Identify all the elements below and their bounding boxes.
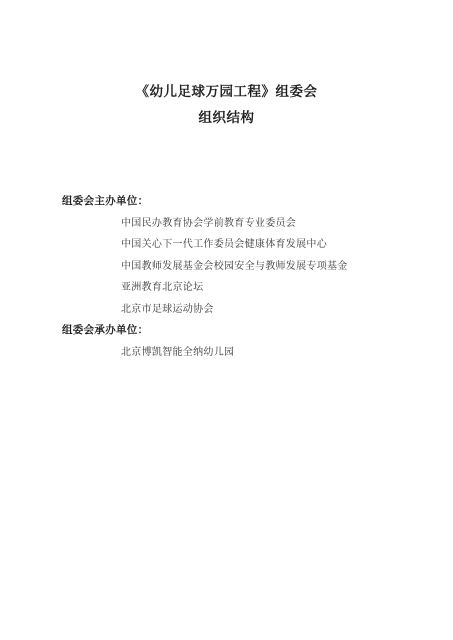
list-item: 中国民办教育协会学前教育专业委员会	[62, 213, 391, 235]
list-item: 亚洲教育北京论坛	[62, 277, 391, 299]
undertaking-organizers-heading: 组委会承办单位：	[62, 320, 391, 342]
document-title-line-2: 组织结构	[62, 105, 391, 131]
list-item: 北京博凯智能全纳幼儿园	[62, 342, 391, 364]
document-title-line-1: 《幼儿足球万园工程》组委会	[62, 79, 391, 105]
undertaking-organizers-list: 北京博凯智能全纳幼儿园	[62, 342, 391, 364]
section-host-organizers: 组委会主办单位： 中国民办教育协会学前教育专业委员会 中国关心下一代工作委员会健…	[62, 191, 391, 320]
document-page: 《幼儿足球万园工程》组委会 组织结构 组委会主办单位： 中国民办教育协会学前教育…	[0, 0, 453, 640]
document-body: 组委会主办单位： 中国民办教育协会学前教育专业委员会 中国关心下一代工作委员会健…	[62, 191, 391, 363]
host-organizers-heading: 组委会主办单位：	[62, 191, 391, 213]
list-item: 北京市足球运动协会	[62, 299, 391, 321]
list-item: 中国教师发展基金会校园安全与教师发展专项基金	[62, 256, 391, 278]
host-organizers-list: 中国民办教育协会学前教育专业委员会 中国关心下一代工作委员会健康体育发展中心 中…	[62, 213, 391, 321]
document-title-block: 《幼儿足球万园工程》组委会 组织结构	[62, 0, 391, 131]
list-item: 中国关心下一代工作委员会健康体育发展中心	[62, 234, 391, 256]
section-undertaking-organizers: 组委会承办单位： 北京博凯智能全纳幼儿园	[62, 320, 391, 363]
